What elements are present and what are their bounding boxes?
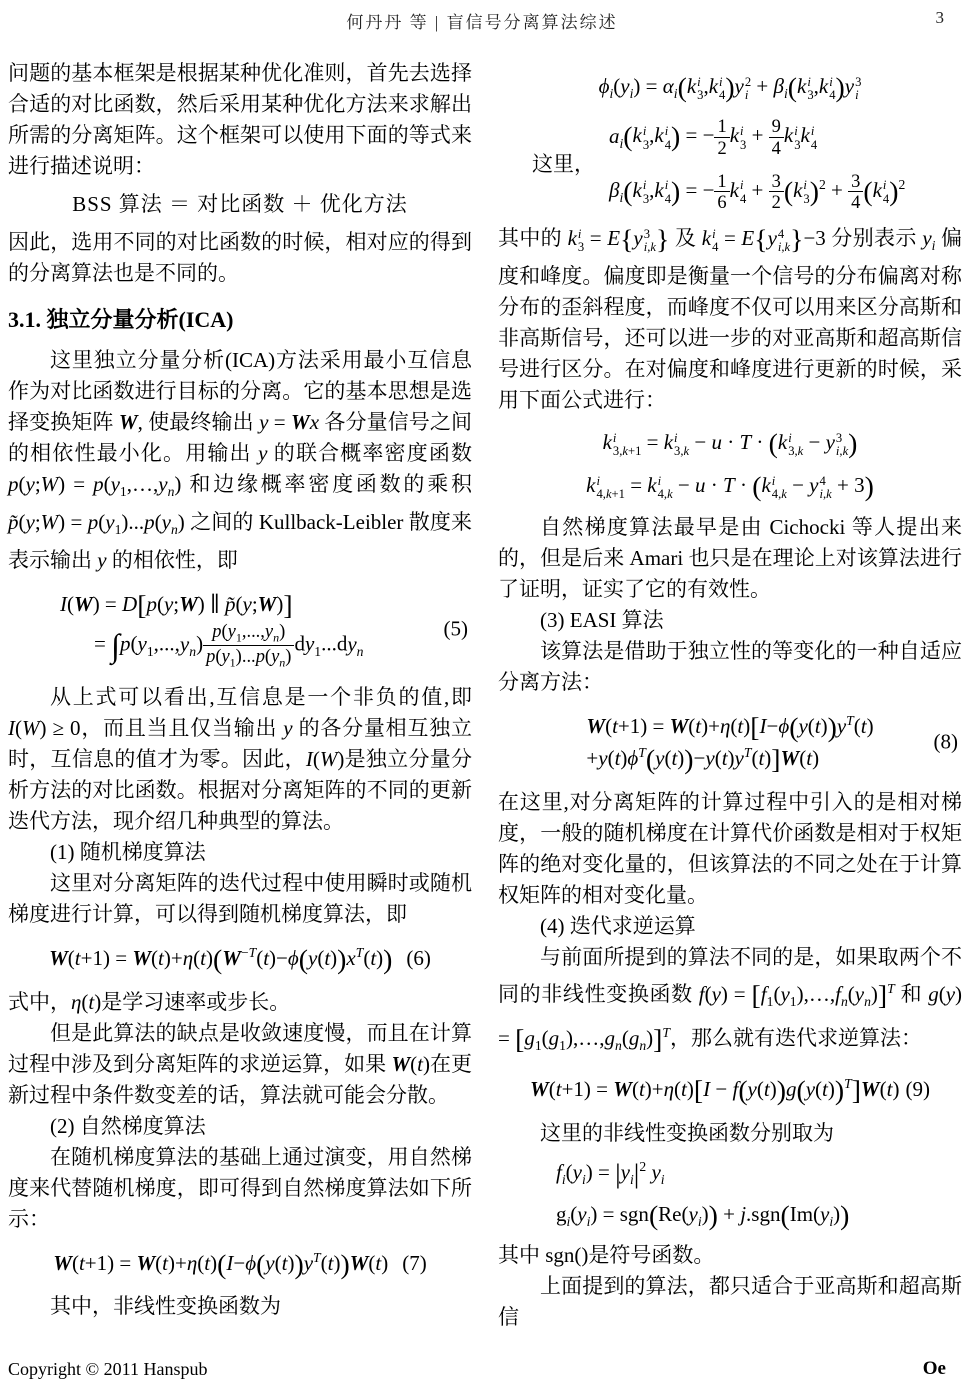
bss-definition-line: BSS 算法 ＝ 对比函数 ＋ 优化方法 [8,189,472,220]
footer-publisher-mark: Oe [923,1358,946,1380]
here-definitions: 这里， ai(ki3,ki4) = −12ki3 + 94ki3ki4 βi(k… [498,116,962,213]
paragraph-sgd: 这里对分离矩阵的迭代过程中使用瞬时或随机梯度进行计算，可以得到随机梯度算法，即 [8,868,472,930]
list-item-1-stochastic-gradient: (1) 随机梯度算法 [8,837,472,868]
list-item-4-iterative-inverse: (4) 迭代求逆运算 [498,911,962,942]
equation-6: W(t+1) = W(t)+η(t)(W−T(t)−ϕ(y(t))xT(t))(… [8,942,472,975]
paragraph-two-functions: 与前面所提到的算法不同的是，如果取两个不同的非线性变换函数 f(y) = [f1… [498,942,962,1061]
equation-7-body: W(t+1) = W(t)+η(t)(I−ϕ(y(t))yT(t))W(t) [53,1251,388,1275]
equation-6-body: W(t+1) = W(t)+η(t)(W−T(t)−ϕ(y(t))xT(t)) [49,946,392,970]
paper-page: 何丹丹 等 | 盲信号分离算法综述 3 问题的基本框架是根据某种优化准则，首先去… [0,0,964,1386]
paragraph-easi: 该算法是借助于独立性的等变化的一种自适应分离方法： [498,636,962,698]
equation-8-line1: W(t+1) = W(t)+η(t)[I−ϕ(y(t))yT(t) [586,710,873,743]
equation-5: I(W) = D[p(y;W) ∥ p̃(y;W)] = ∫p(y1,...,y… [8,588,472,670]
equation-8-body: W(t+1) = W(t)+η(t)[I−ϕ(y(t))yT(t) +y(t)ϕ… [586,710,873,775]
equation-alpha: ai(ki3,ki4) = −12ki3 + 94ki3ki4 [609,116,905,158]
equation-f: fi(yi) = |yi|2 yi [498,1155,962,1191]
paragraph-mutual-info: 从上式可以看出,互信息是一个非负的值,即 I(W) ≥ 0，而且当且仅当输出 y… [8,682,472,837]
left-column: 问题的基本框架是根据某种优化准则，首先去选择合适的对比函数，然后采用某种优化方法… [8,58,472,1322]
equation-k3-update: ki3,k+1 = ki3,k − u · T · (ki3,k − y3i,k… [498,426,962,459]
equation-k4-body: ki4,k+1 = ki4,k − u · T · (ki4,k − y4i,k… [586,473,874,497]
paragraph-framework: 问题的基本框架是根据某种优化准则，首先去选择合适的对比函数，然后采用某种优化方法… [8,58,472,182]
equation-9: W(t+1) = W(t)+η(t)[I − f(y(t))g(y(t))T]W… [498,1073,962,1106]
paragraph-therefore: 因此，选用不同的对比函数的时候，相对应的得到的分离算法也是不同的。 [8,227,472,289]
paragraph-skew-kurtosis: 其中的 ki3 = E{y3i,k} 及 ki4 = E{y4i,k}−3 分别… [498,223,962,416]
equation-9-body: W(t+1) = W(t)+η(t)[I − f(y(t))g(y(t))T]W… [530,1077,899,1101]
running-header: 何丹丹 等 | 盲信号分离算法综述 [0,8,964,33]
equation-g: gi(yi) = sgn(Re(yi)) + j.sgn(Im(yi)) [498,1197,962,1233]
equation-5-line1: I(W) = D[p(y;W) ∥ p̃(y;W)] [60,588,364,621]
paragraph-sgn: 其中 sgn()是符号函数。 [498,1240,962,1271]
equation-6-number: (6) [406,946,431,970]
footer-copyright: Copyright © 2011 Hanspub [8,1359,208,1380]
equation-7-number: (7) [402,1251,427,1275]
paragraph-drawback: 但是此算法的缺点是收敛速度慢，而且在计算过程中涉及到分离矩阵的求逆运算，如果 W… [8,1018,472,1111]
paragraph-cichocki: 自然梯度算法最早是由 Cichocki 等人提出来的，但是后来 Amari 也只… [498,512,962,605]
equation-8-number: (8) [934,726,959,759]
paragraph-relative-gradient: 在这里,对分离矩阵的计算过程中引入的是相对梯度，一般的随机梯度在计算代价函数是相… [498,787,962,911]
paragraph-eta: 式中，η(t)是学习速率或步长。 [8,987,472,1018]
right-column: ϕi(yi) = αi(ki3,ki4)y2i + βi(ki3,ki4)y3i… [498,58,962,1333]
here-label: 这里， [532,149,595,180]
equation-phi: ϕi(yi) = αi(ki3,ki4)y2i + βi(ki3,ki4)y3i [498,70,962,104]
equation-8: W(t+1) = W(t)+η(t)[I−ϕ(y(t))yT(t) +y(t)ϕ… [498,710,962,775]
page-number: 3 [936,8,945,28]
equation-beta: βi(ki3,ki4) = −16ki4 + 32(ki3)2 + 34(ki4… [609,169,905,213]
equation-5-line2: = ∫p(y1,...,yn)p(y1,...,yn)p(y1)...p(yn)… [94,621,364,670]
equation-7: W(t+1) = W(t)+η(t)(I−ϕ(y(t))yT(t))W(t)(7… [8,1247,472,1280]
list-item-3-easi: (3) EASI 算法 [498,605,962,636]
here-equations: ai(ki3,ki4) = −12ki3 + 94ki3ki4 βi(ki3,k… [609,116,905,213]
list-item-2-natural-gradient: (2) 自然梯度算法 [8,1111,472,1142]
paragraph-ica-intro: 这里独立分量分析(ICA)方法采用最小互信息作为对比函数进行目标的分离。它的基本… [8,345,472,576]
equation-8-line2: +y(t)ϕT(y(t))−y(t)yT(t)]W(t) [586,742,873,775]
section-heading-ica: 3.1. 独立分量分析(ICA) [8,305,472,335]
paragraph-last: 上面提到的算法，都只适合于亚高斯和超高斯信 [498,1271,962,1333]
equation-phi-body: ϕi(yi) = αi(ki3,ki4)y2i + βi(ki3,ki4)y3i [599,74,862,98]
equation-k3-body: ki3,k+1 = ki3,k − u · T · (ki3,k − y3i,k… [603,430,858,454]
paragraph-nonlinear-func: 其中，非线性变换函数为 [8,1291,472,1322]
equation-9-number: (9) [905,1077,930,1101]
equation-5-number: (5) [444,613,469,646]
equation-5-body: I(W) = D[p(y;W) ∥ p̃(y;W)] = ∫p(y1,...,y… [60,588,364,670]
equation-k4-update: ki4,k+1 = ki4,k − u · T · (ki4,k − y4i,k… [498,469,962,502]
paragraph-take-as: 这里的非线性变换函数分别取为 [498,1118,962,1149]
paragraph-natural-intro: 在随机梯度算法的基础上通过演变，用自然梯度来代替随机梯度，即可得到自然梯度算法如… [8,1142,472,1235]
